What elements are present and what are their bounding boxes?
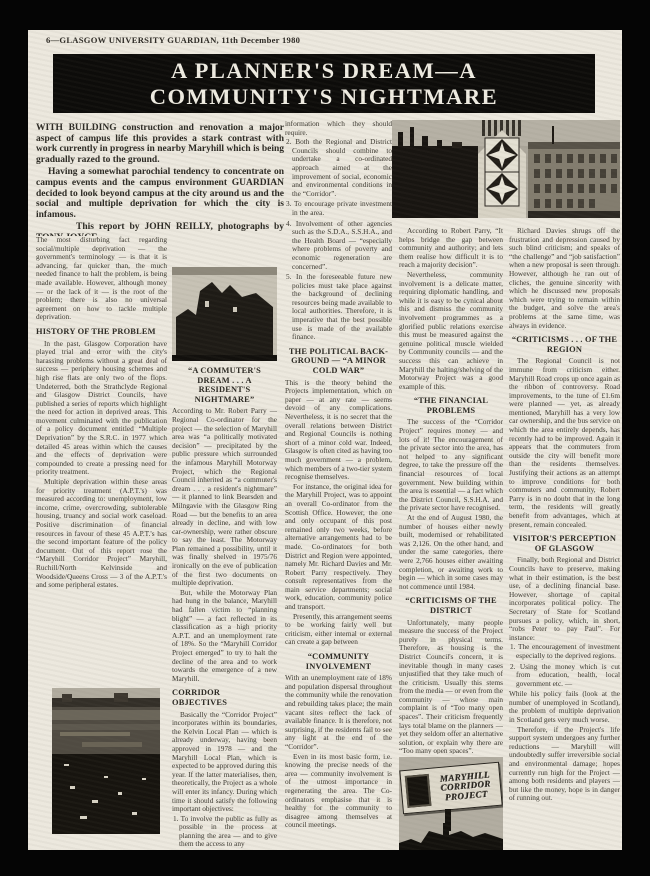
column-5: Richard Davies shrugs off the frustratio…	[509, 227, 620, 850]
scanned-newspaper-page: { "masthead": "6—GLASGOW UNIVERSITY GUAR…	[0, 0, 650, 876]
col3-paragraph-2: For instance, the original idea for the …	[285, 483, 392, 612]
photo-gable-star-mural	[392, 120, 620, 218]
column-1: The most disturbing fact regarding socia…	[36, 236, 167, 668]
history-heading: HISTORY OF THE PROBLEM	[36, 327, 165, 337]
col4-paragraph-1: According to Robert Parry, “It helps bri…	[399, 227, 503, 270]
objective-item-5: 5. In the foreseeable future new policie…	[285, 273, 392, 342]
billboard-sign: MARYHILL CORRIDOR PROJECT	[399, 762, 502, 815]
community-involvement-heading: “COMMUNITY INVOLVEMENT	[287, 652, 390, 671]
col2-paragraph-1: According to Mr. Robert Parry — Regional…	[172, 407, 277, 587]
col5-paragraph-5: Therefore, if the Project's life support…	[509, 726, 620, 803]
financial-problems-heading: “THE FINANCIAL PROBLEMS	[401, 396, 501, 415]
col1-paragraph-3: Multiple deprivation within these areas …	[36, 478, 167, 590]
headline-line2: COMMUNITY'S NIGHTMARE	[54, 84, 594, 110]
column-2: “A COMMUTER'S DREAM . . . A RESIDENT'S N…	[172, 267, 277, 850]
col1-paragraph-2: In the past, Glasgow Corporation have pl…	[36, 340, 167, 478]
col4-paragraph-4: At the end of August 1980, the number of…	[399, 514, 503, 591]
headline-banner: A PLANNER'S DREAM—A COMMUNITY'S NIGHTMAR…	[54, 55, 594, 112]
col3-paragraph-4: With an unemployment rate of 18% and pop…	[285, 674, 392, 751]
col5-paragraph-3: Finally, both Regional and District Coun…	[509, 556, 620, 642]
objective-item-1: 1. To involve the public as fully as pos…	[172, 815, 277, 849]
col1-paragraph-1: The most disturbing fact regarding socia…	[36, 236, 167, 322]
derelict-building-graphic	[172, 267, 277, 361]
col4-paragraph-2: Nevertheless, community involvement is a…	[399, 271, 503, 391]
billboard-sign-text: MARYHILL CORRIDOR PROJECT	[431, 770, 501, 804]
column-4: According to Robert Parry, “It helps bri…	[399, 227, 503, 754]
col4-paragraph-5: Unfortunately, many people measure the s…	[399, 619, 503, 754]
col2-paragraph-3: Basically the “Corridor Project” incorpo…	[172, 711, 277, 814]
photo-corridor-billboard: MARYHILL CORRIDOR PROJECT	[399, 757, 503, 850]
photo-derelict-wasteland	[52, 688, 160, 834]
billboard-poster-image	[405, 774, 432, 808]
photo-derelict-building	[172, 267, 277, 361]
headline-line1: A PLANNER'S DREAM—A	[54, 58, 594, 84]
intro-block: WITH BUILDING construction and renovatio…	[36, 123, 284, 236]
visitors-perception-heading: VISITOR'S PERCEPTION OF GLASGOW	[511, 534, 618, 553]
column-3: information which they should require. 2…	[285, 120, 392, 850]
col5-paragraph-1: Richard Davies shrugs off the frustratio…	[509, 227, 620, 330]
col3-paragraph-5: Even in its most basic form, i.e. knowin…	[285, 753, 392, 830]
criticisms-region-heading: “CRITICISMS . . . OF THE REGION	[511, 335, 618, 354]
intro-paragraph-2: Having a somewhat parochial tendency to …	[36, 167, 284, 220]
col4-paragraph-3: The success of the “Corridor Project” re…	[399, 418, 503, 513]
masthead: 6—GLASGOW UNIVERSITY GUARDIAN, 11th Dece…	[46, 35, 300, 45]
billboard-skyline-graphic	[399, 809, 503, 850]
byline: This report by JOHN REILLY, photographs …	[36, 222, 284, 236]
col5-paragraph-4: While his policy fails (look at the numb…	[509, 690, 620, 724]
objective-item-2: 2. Both the Regional and District Counci…	[285, 138, 392, 198]
objective-item-4: 4. Involvement of other agencies such as…	[285, 220, 392, 272]
corridor-objectives-heading: CORRIDOR OBJECTIVES	[172, 688, 275, 707]
col5-paragraph-2: The Regional Council is not immune from …	[509, 357, 620, 529]
wasteland-graphic	[52, 688, 160, 834]
objective-item-3: 3. To encourage private investment in th…	[285, 200, 392, 217]
newspaper-page: 6—GLASGOW UNIVERSITY GUARDIAN, 11th Dece…	[28, 30, 622, 850]
col2-paragraph-2: But, while the Motorway Plan had hung in…	[172, 589, 277, 684]
col3-paragraph-3: Presently, this arrangement seems to be …	[285, 613, 392, 647]
policy-item-2: 2. Using the money which is cut from edu…	[509, 663, 620, 689]
col3-paragraph-1: This is the theory behind the Projects i…	[285, 379, 392, 482]
policy-item-1: 1. The encouragement of investment espec…	[509, 643, 620, 660]
criticisms-district-heading: “CRITICISMS OF THE DISTRICT	[401, 596, 501, 615]
objective-item-1-continued: information which they should require.	[285, 120, 392, 137]
commuters-dream-heading: “A COMMUTER'S DREAM . . . A RESIDENT'S N…	[174, 366, 275, 404]
intro-paragraph-1: WITH BUILDING construction and renovatio…	[36, 123, 284, 165]
political-background-heading: THE POLITICAL BACK-GROUND — “A MINOR COL…	[287, 347, 390, 376]
gable-star-mural-graphic	[392, 120, 620, 218]
